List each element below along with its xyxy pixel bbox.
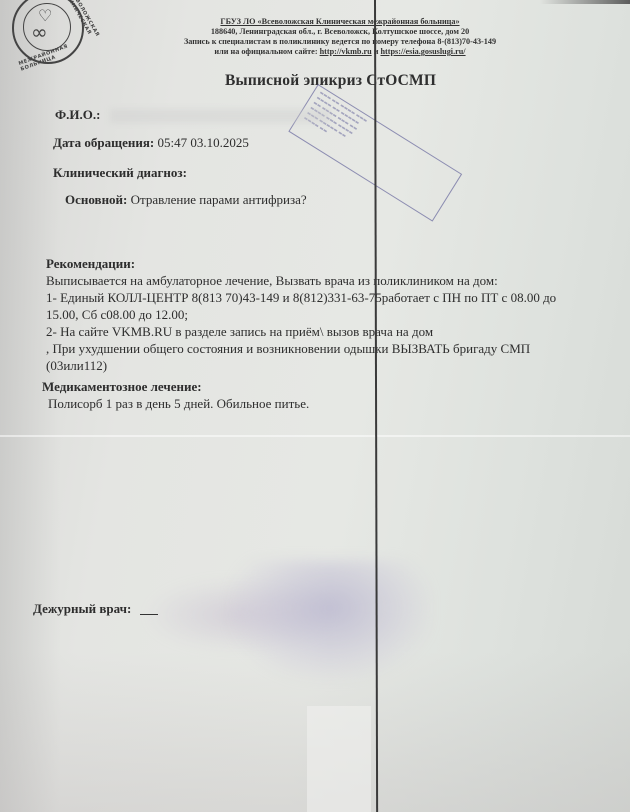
document-title: Выписной эпикриз СтОСМП [225, 72, 436, 90]
stamp-redaction [230, 560, 430, 680]
main-diagnosis-value: Отравление парами антифриза? [131, 192, 307, 207]
website-prefix: или на официальном сайте: [214, 47, 317, 56]
recommendation-line: 2- На сайте VKMB.RU в разделе запись на … [46, 323, 556, 340]
medication-heading: Медикаментозное лечение: [42, 379, 202, 394]
fio-field: Ф.И.О.: [55, 107, 330, 123]
signature-line [140, 614, 158, 615]
recommendation-line: 15.00, Сб с08.00 до 12.00; [46, 306, 556, 323]
duty-doctor-label: Дежурный врач: [33, 601, 131, 616]
main-diagnosis-field: Основной: Отравление парами антифриза? [65, 192, 307, 208]
clinical-diagnosis-heading: Клинический диагноз: [53, 165, 187, 181]
infinity-loop-icon: ∞ [31, 22, 48, 42]
clinical-diagnosis-label: Клинический диагноз: [53, 165, 187, 180]
website-line: или на официальном сайте: http://vkmb.ru… [130, 47, 550, 57]
recommendation-line: (03или112) [46, 357, 556, 374]
organization-name: ГБУЗ ЛО «Всеволожская Клиническая межрай… [130, 17, 550, 27]
recommendation-line: , При ухудшении общего состояния и возни… [46, 340, 556, 357]
recommendations-heading: Рекомендации: [46, 256, 135, 271]
visit-date-label: Дата обращения: [53, 135, 154, 150]
hospital-logo: ♡ ∞ ВСЕВОЛОЖСКАЯ КЛИНИЧЕСКАЯ МЕЖРАЙОННАЯ… [12, 0, 84, 64]
medication-text: Полисорб 1 раз в день 5 дней. Обильное п… [42, 395, 309, 412]
website-link-gosuslugi[interactable]: https://esia.gosuslugi.ru/ [381, 47, 466, 56]
recommendation-line: Выписывается на амбулаторное лечение, Вы… [46, 272, 556, 289]
fio-label: Ф.И.О.: [55, 107, 100, 122]
visit-date-field: Дата обращения: 05:47 03.10.2025 [53, 135, 249, 151]
photo-edge-dark [540, 0, 630, 4]
recommendations-section: Рекомендации: Выписывается на амбулаторн… [46, 255, 556, 374]
paper-crease [0, 435, 630, 437]
website-link-vkmb[interactable]: http://vkmb.ru [320, 47, 372, 56]
duty-doctor-field: Дежурный врач: [33, 601, 131, 617]
letterhead: ГБУЗ ЛО «Всеволожская Клиническая межрай… [130, 17, 550, 57]
recommendation-line: 1- Единый КОЛЛ-ЦЕНТР 8(813 70)43-149 и 8… [46, 289, 556, 306]
paper-highlight [307, 706, 371, 812]
visit-date-value: 05:47 03.10.2025 [157, 135, 248, 150]
fio-redacted-value [110, 109, 330, 123]
main-diagnosis-label: Основной: [65, 192, 127, 207]
appointment-phone-line: Запись к специалистам в поликлинику веде… [130, 37, 550, 47]
organization-address: 188640, Ленинградская обл., г. Всеволожс… [130, 27, 550, 37]
stamp-line: ▬▬ ▬▬▬▬ ▬▬▬ ▬▬ [311, 101, 448, 190]
medication-section: Медикаментозное лечение: Полисорб 1 раз … [42, 378, 309, 412]
